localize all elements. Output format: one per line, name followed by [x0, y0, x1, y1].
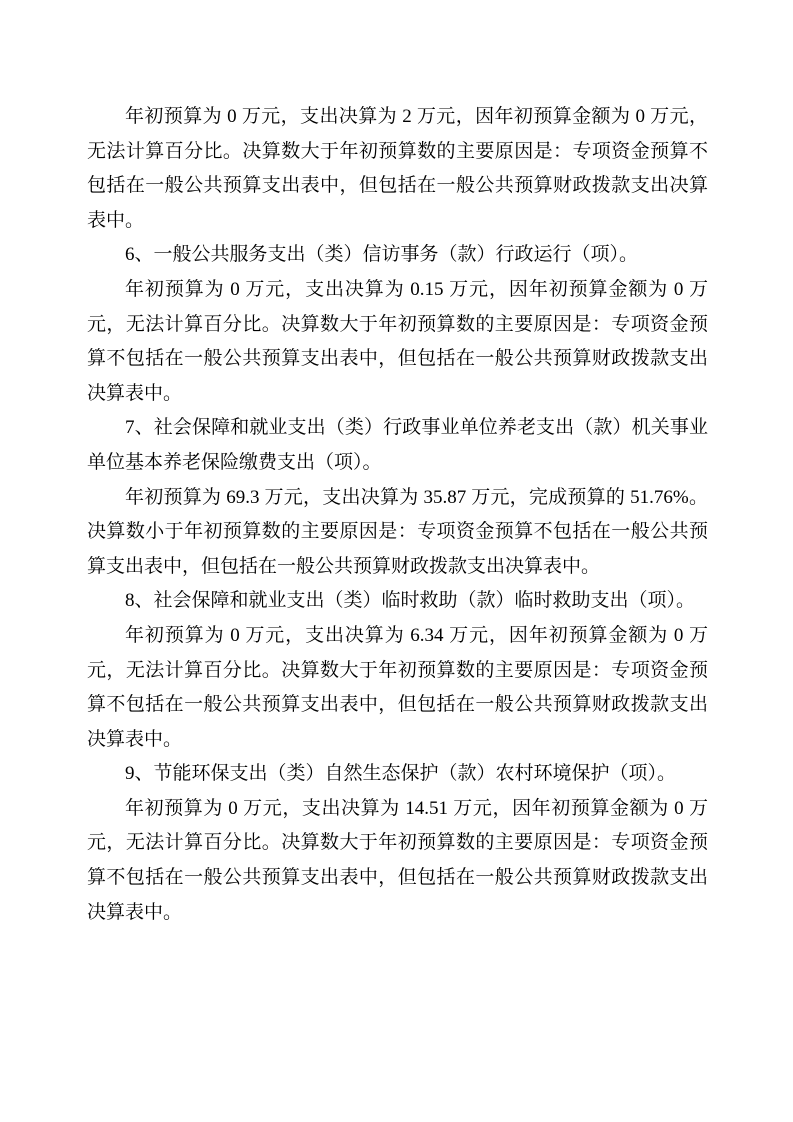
document-body: 年初预算为 0 万元，支出决算为 2 万元，因年初预算金额为 0 万元，无法计算… [87, 100, 708, 930]
paragraph: 年初预算为 0 万元，支出决算为 6.34 万元，因年初预算金额为 0 万元，无… [87, 619, 708, 757]
document-page: 年初预算为 0 万元，支出决算为 2 万元，因年初预算金额为 0 万元，无法计算… [0, 0, 793, 1122]
paragraph: 年初预算为 69.3 万元，支出决算为 35.87 万元，完成预算的 51.76… [87, 481, 708, 585]
paragraph: 年初预算为 0 万元，支出决算为 2 万元，因年初预算金额为 0 万元，无法计算… [87, 100, 708, 238]
paragraph: 7、社会保障和就业支出（类）行政事业单位养老支出（款）机关事业单位基本养老保险缴… [87, 411, 708, 480]
paragraph: 9、节能环保支出（类）自然生态保护（款）农村环境保护（项）。 [87, 757, 708, 792]
paragraph: 8、社会保障和就业支出（类）临时救助（款）临时救助支出（项）。 [87, 584, 708, 619]
paragraph: 6、一般公共服务支出（类）信访事务（款）行政运行（项）。 [87, 238, 708, 273]
paragraph: 年初预算为 0 万元，支出决算为 0.15 万元，因年初预算金额为 0 万元，无… [87, 273, 708, 411]
paragraph: 年初预算为 0 万元，支出决算为 14.51 万元，因年初预算金额为 0 万元，… [87, 792, 708, 930]
